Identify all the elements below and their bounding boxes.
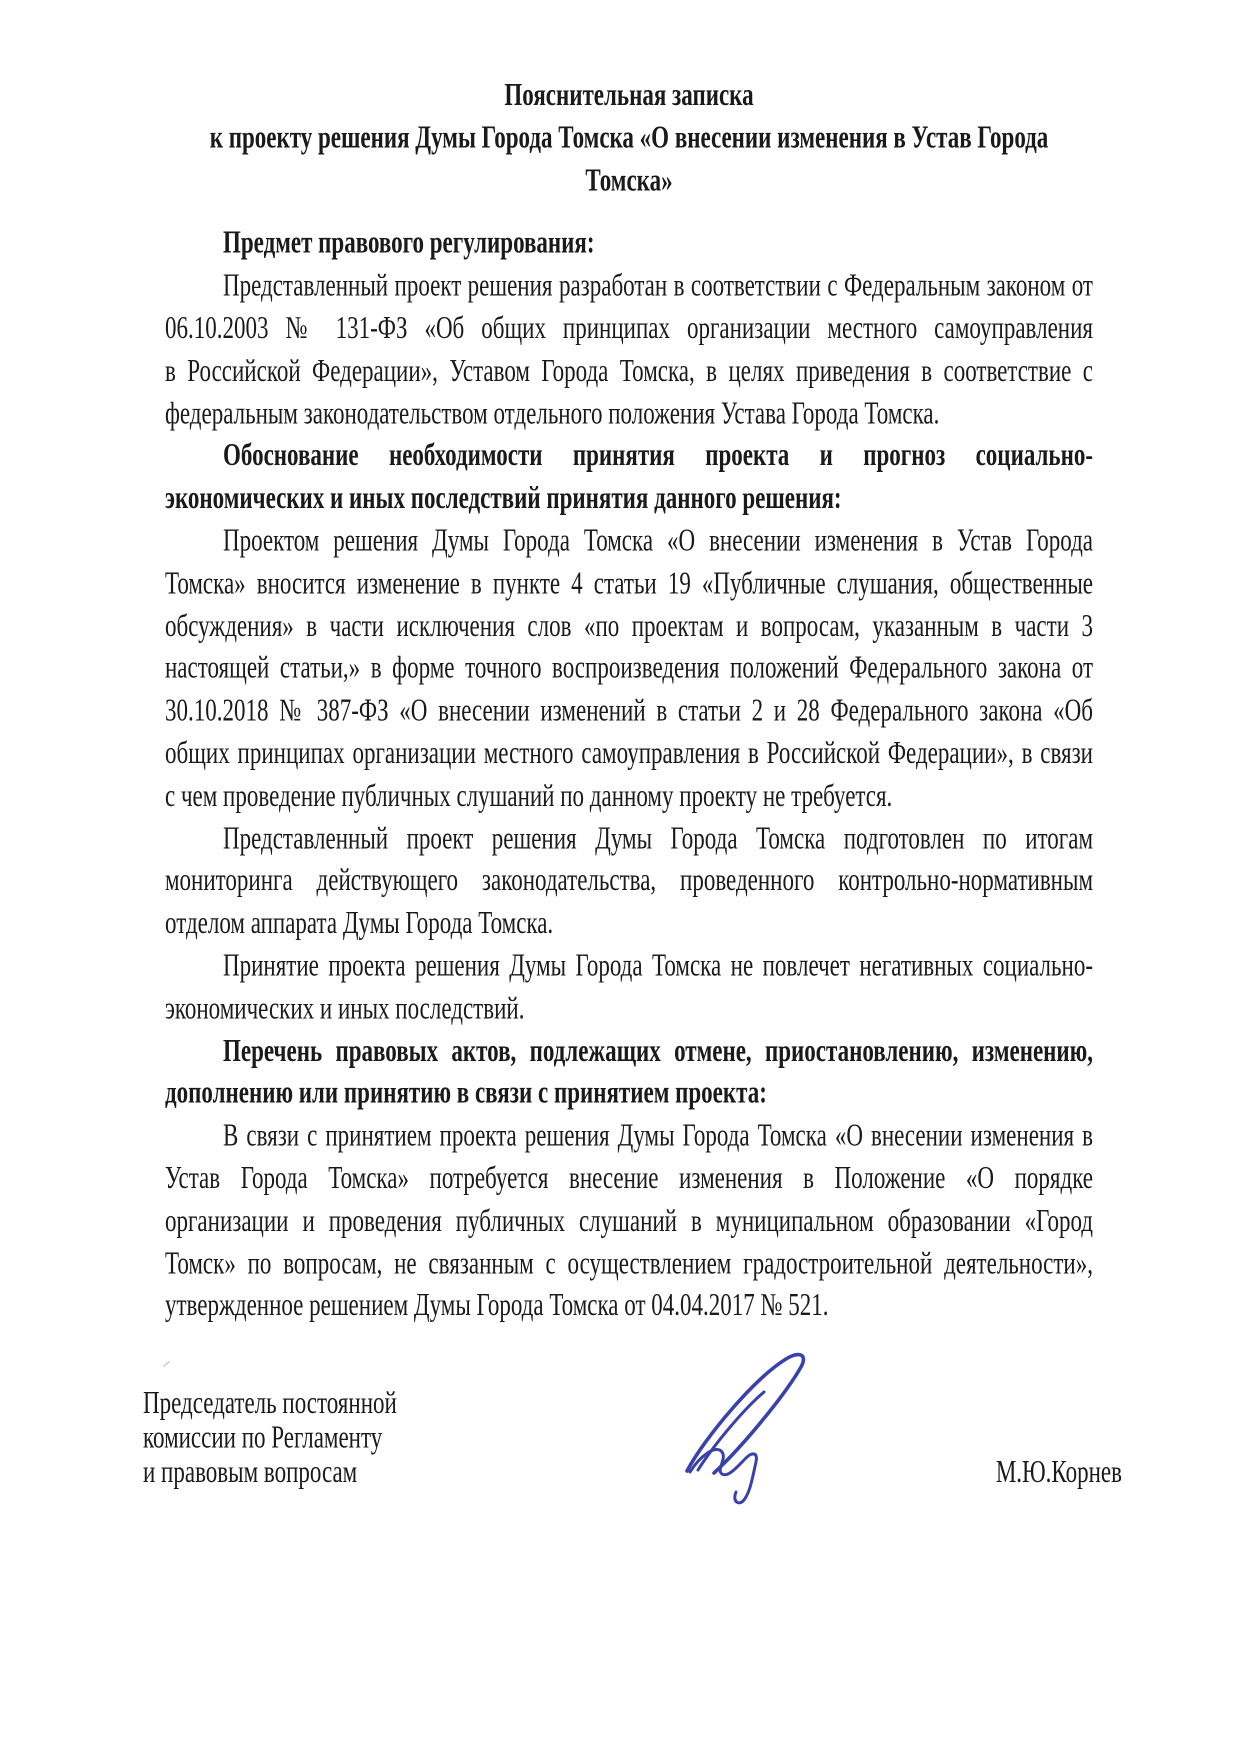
paragraph-line: 30.10.2018 № 387-ФЗ «О внесении изменени… bbox=[165, 690, 1093, 732]
heading-line: экономических и иных последствий приняти… bbox=[165, 478, 1093, 520]
document-body: Предмет правового регулирования:Представ… bbox=[165, 223, 1093, 1328]
paragraph-line: Представленный проект решения разработан… bbox=[165, 265, 1093, 307]
paragraph-line: утвержденное решением Думы Города Томска… bbox=[165, 1285, 1093, 1327]
paragraph-line: Устав Города Томска» потребуется внесени… bbox=[165, 1158, 1093, 1200]
document-title: Пояснительная запискак проекту решения Д… bbox=[165, 0, 1093, 202]
paragraph-line: Принятие проекта решения Думы Города Том… bbox=[165, 945, 1093, 987]
paragraph-line: Представленный проект решения Думы Город… bbox=[165, 818, 1093, 860]
paragraph-line: настоящей статьи,» в форме точного воспр… bbox=[165, 648, 1093, 690]
signatory-title-line: и правовым вопросам bbox=[143, 1455, 397, 1489]
paragraph-line: с чем проведение публичных слушаний по д… bbox=[165, 775, 1093, 817]
paragraph-line: отделом аппарата Думы Города Томска. bbox=[165, 903, 1093, 945]
paragraph-line: Томска» вносится изменение в пункте 4 ст… bbox=[165, 563, 1093, 605]
paragraph-line: 06.10.2003 № 131-ФЗ «Об общих принципах … bbox=[165, 308, 1093, 350]
heading-line: Перечень правовых актов, подлежащих отме… bbox=[165, 1030, 1093, 1072]
paragraph-line: Томск» по вопросам, не связанным с осуще… bbox=[165, 1243, 1093, 1285]
paragraph-line: организации и проведения публичных слуша… bbox=[165, 1200, 1093, 1242]
heading-line: Обоснование необходимости принятия проек… bbox=[165, 435, 1093, 477]
paragraph-line: экономических и иных последствий. bbox=[165, 988, 1093, 1030]
paragraph-line: в Российской Федерации», Уставом Города … bbox=[165, 350, 1093, 392]
paragraph-line: В связи с принятием проекта решения Думы… bbox=[165, 1115, 1093, 1157]
signatory-title-line: комиссии по Регламенту bbox=[143, 1421, 397, 1455]
signatory-title: Председатель постояннойкомиссии по Регла… bbox=[143, 1387, 397, 1490]
title-line: к проекту решения Думы Города Томска «О … bbox=[165, 117, 1093, 159]
signatory-title-line: Председатель постоянной bbox=[143, 1387, 397, 1421]
paragraph-line: мониторинга действующего законодательств… bbox=[165, 860, 1093, 902]
title-line: Томска» bbox=[165, 160, 1093, 202]
paragraph-line: Проектом решения Думы Города Томска «О в… bbox=[165, 520, 1093, 562]
paragraph-line: общих принципах организации местного сам… bbox=[165, 733, 1093, 775]
signature-block: Председатель постояннойкомиссии по Регла… bbox=[143, 1387, 1122, 1490]
document-page: Пояснительная запискак проекту решения Д… bbox=[0, 0, 1240, 1753]
paragraph-line: обсуждения» в части исключения слов «по … bbox=[165, 605, 1093, 647]
document-text-layer: Пояснительная запискак проекту решения Д… bbox=[165, 0, 1093, 1490]
heading-line: дополнению или принятию в связи с принят… bbox=[165, 1073, 1093, 1115]
signatory-name: М.Ю.Корнев bbox=[996, 1455, 1122, 1489]
title-line: Пояснительная записка bbox=[165, 75, 1093, 117]
heading-line: Предмет правового регулирования: bbox=[165, 223, 1093, 265]
paragraph-line: федеральным законодательством отдельного… bbox=[165, 393, 1093, 435]
